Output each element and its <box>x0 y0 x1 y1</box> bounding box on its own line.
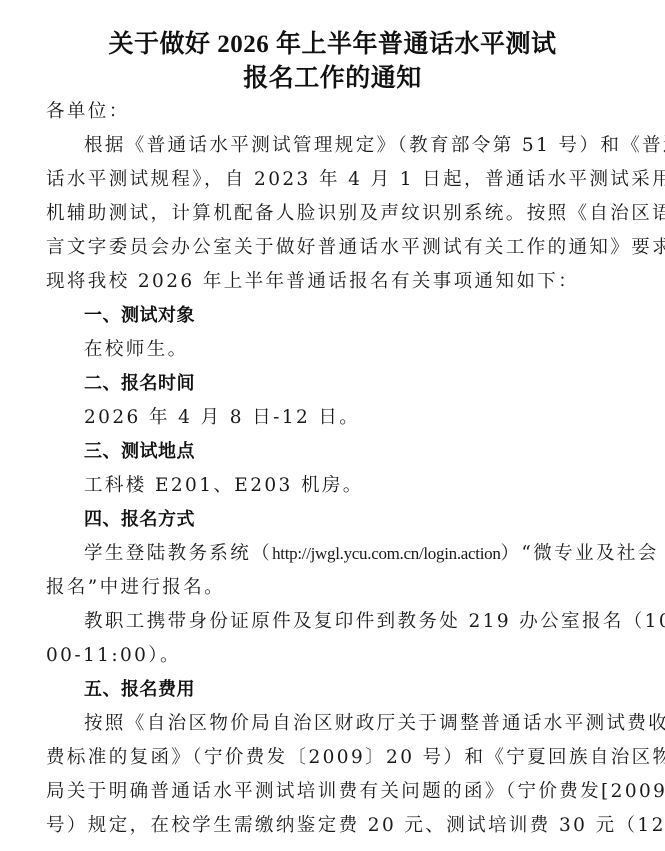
document-title-line2: 报名工作的通知 <box>0 58 665 94</box>
section-heading: 一、测试对象 <box>84 301 195 327</box>
intro-line: 根据《普通话水平测试管理规定》（教育部令第 51 号）和《普通 <box>84 131 665 157</box>
section-text: 号）规定，在校学生需缴纳鉴定费 20 元、测试培训费 30 元（12 课时， <box>46 811 665 837</box>
login-url-link[interactable]: http://jwgl.ycu.com.cn/login.action <box>272 544 500 563</box>
section-text: 局关于明确普通话水平测试培训费有关问题的函》（宁价费发[2009]47 <box>46 777 665 803</box>
section-heading: 三、测试地点 <box>84 437 195 463</box>
section-text: 报名”中进行报名。 <box>46 573 225 599</box>
section-text: 00-11:00）。 <box>46 641 181 667</box>
document-title-line1: 关于做好 2026 年上半年普通话水平测试 <box>0 24 665 60</box>
salutation: 各单位： <box>46 97 130 123</box>
text-segment: ）“微专业及社会 <box>501 543 659 564</box>
intro-line: 言文字委员会办公室关于做好普通话水平测试有关工作的通知》要求， <box>46 233 665 259</box>
intro-line: 现将我校 2026 年上半年普通话报名有关事项通知如下： <box>46 267 579 293</box>
text-segment: 学生登陆教务系统（ <box>84 543 272 564</box>
intro-line: 话水平测试规程》，自 2023 年 4 月 1 日起，普通话水平测试采用计算 <box>46 165 665 191</box>
section-heading: 五、报名费用 <box>84 675 195 701</box>
section-text: 在校师生。 <box>84 335 189 361</box>
section-heading: 二、报名时间 <box>84 369 195 395</box>
section-heading: 四、报名方式 <box>84 505 195 531</box>
section-text: 教职工携带身份证原件及复印件到教务处 219 办公室报名（10: <box>84 607 665 633</box>
section-text: 费标准的复函》（宁价费发〔2009〕20 号）和《宁夏回族自治区物价 <box>46 743 665 769</box>
section-text: 按照《自治区物价局自治区财政厅关于调整普通话水平测试费收 <box>84 709 665 735</box>
section-text: 工科楼 E201、E203 机房。 <box>84 471 364 497</box>
intro-line: 机辅助测试，计算机配备人脸识别及声纹识别系统。按照《自治区语 <box>46 199 665 225</box>
section-text: 学生登陆教务系统（http://jwgl.ycu.com.cn/login.ac… <box>84 539 659 565</box>
section-text: 2026 年 4 月 8 日-12 日。 <box>84 403 360 429</box>
